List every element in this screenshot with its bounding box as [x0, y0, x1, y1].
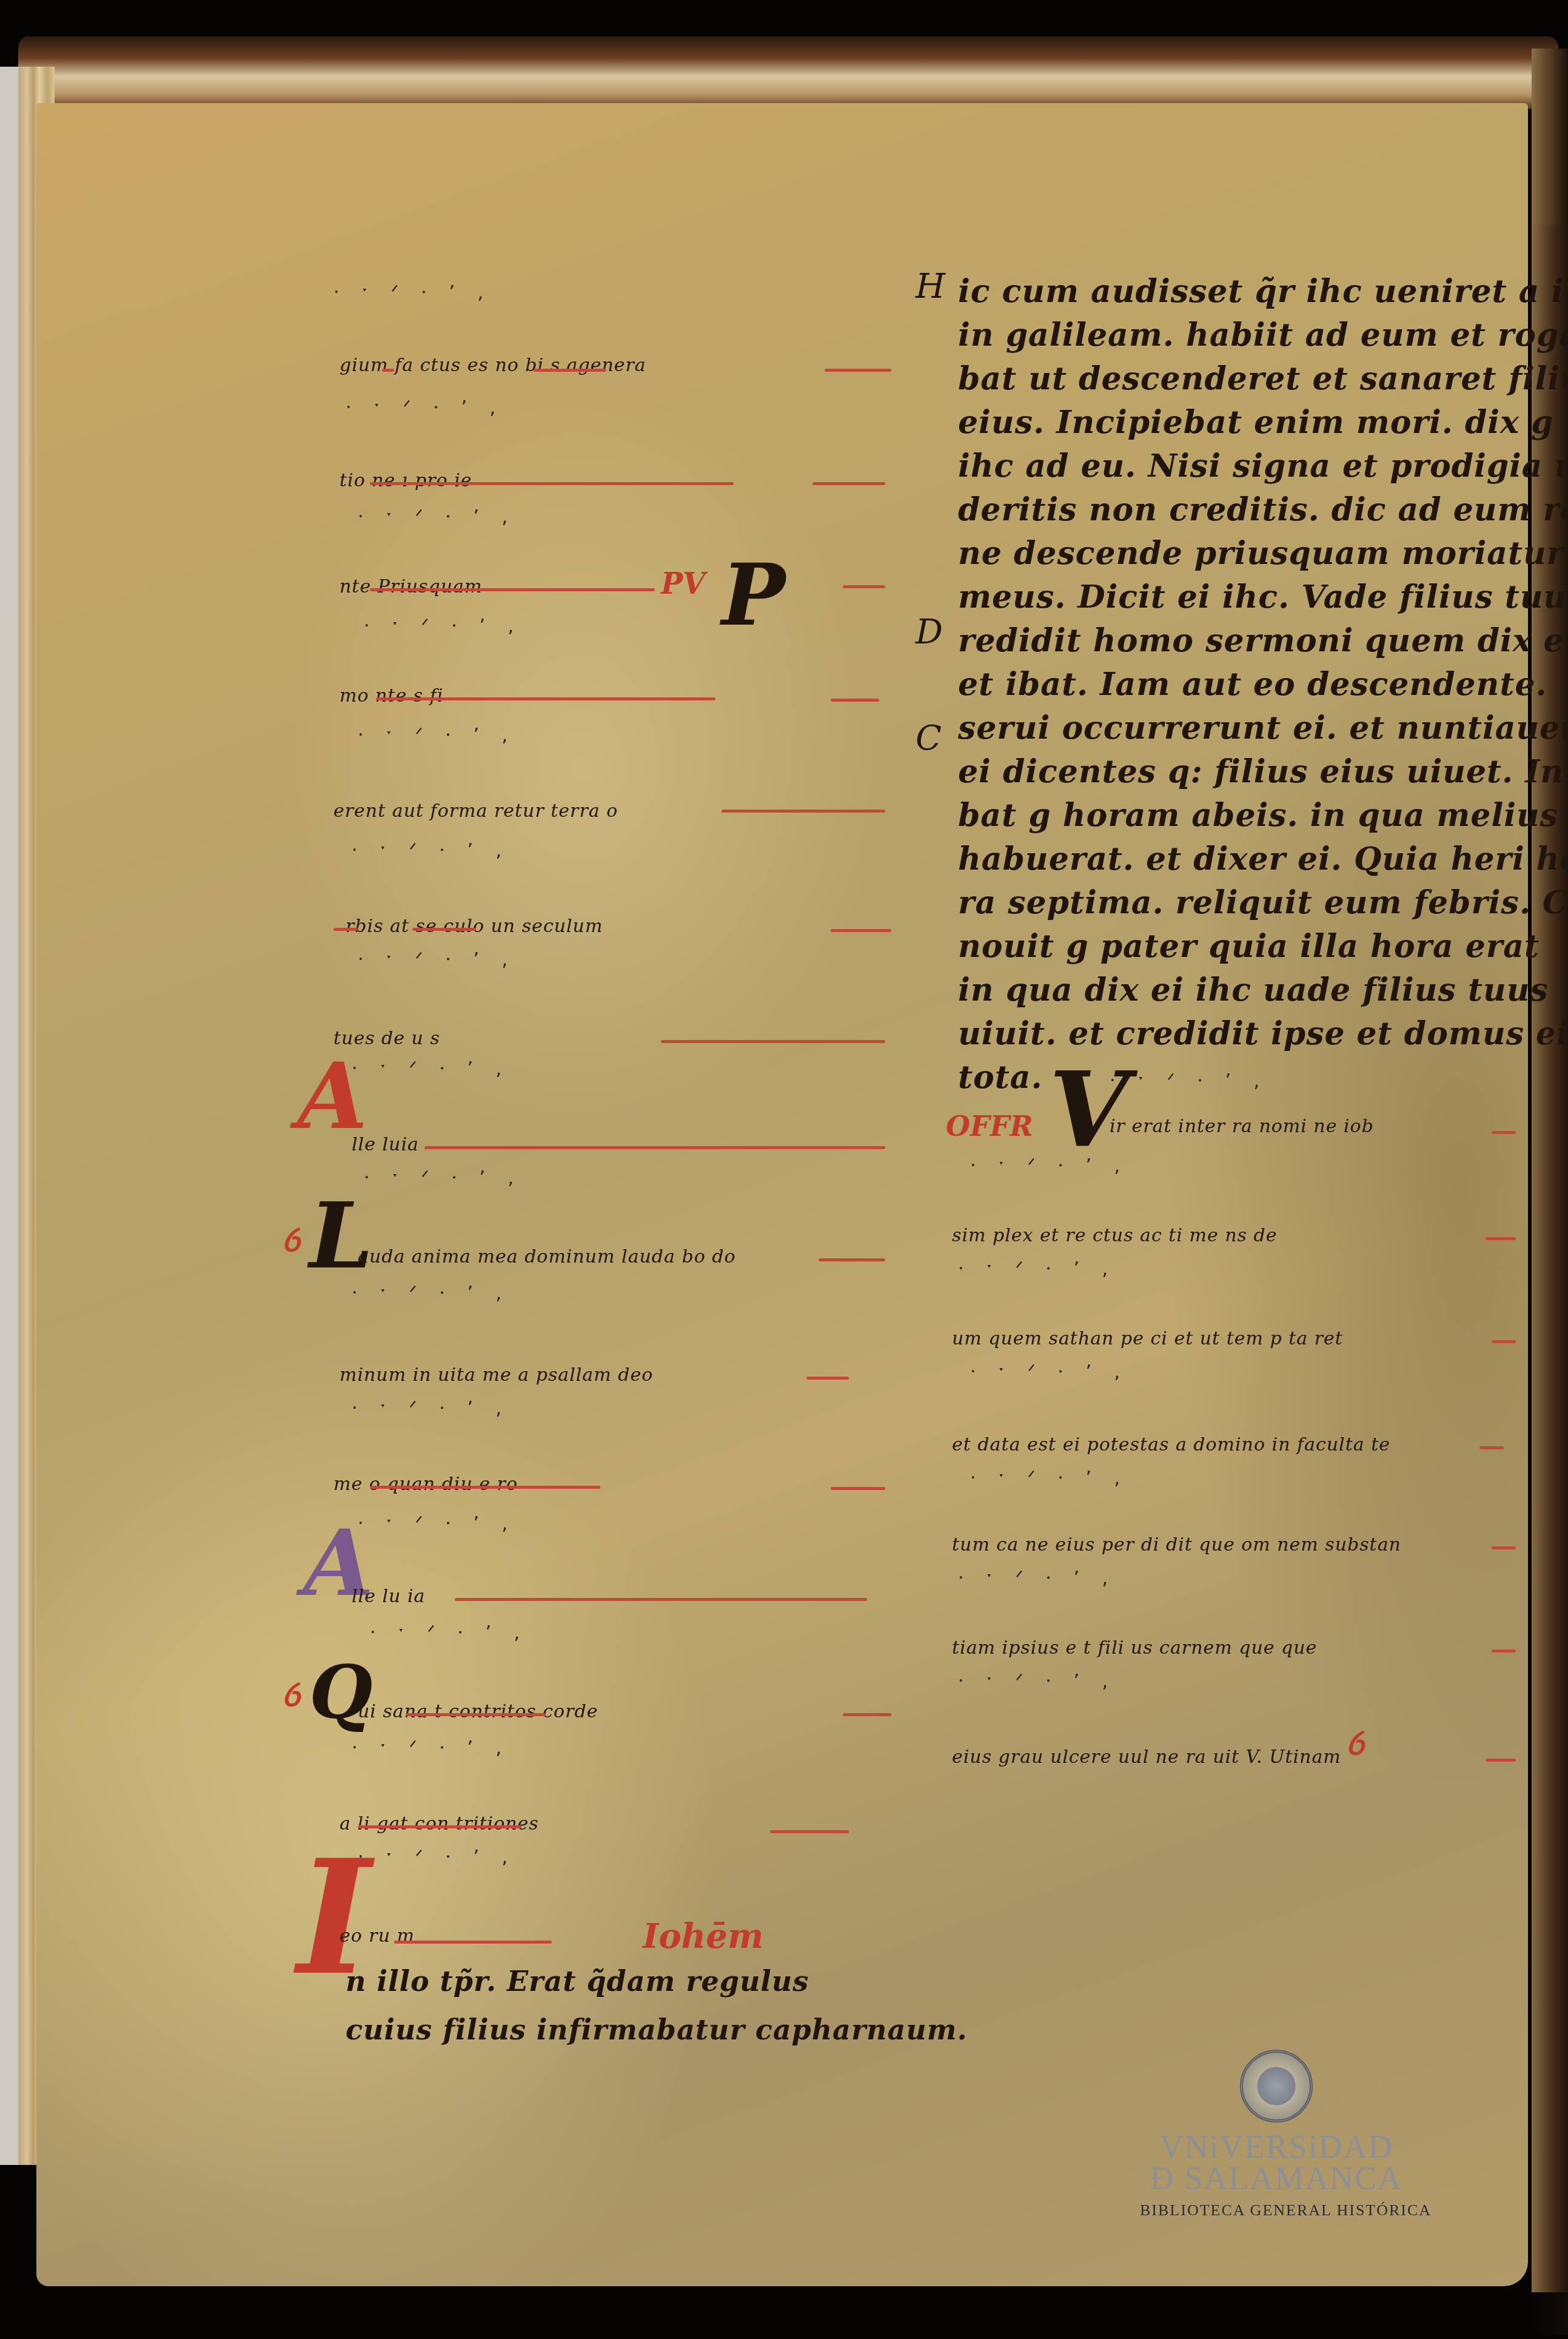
verse-mark: ỽ [282, 1219, 300, 1260]
neume-row: · ˑ ᐟ ⸱ ’ , [970, 1358, 1128, 1395]
red-rule [370, 1486, 600, 1489]
red-rule [382, 369, 394, 372]
red-rule [394, 1941, 552, 1944]
neume-row: · ˑ ᐟ ⸱ ’ , [370, 1619, 528, 1656]
prose-line: eius. Incipiebat enim mori. dix g [958, 404, 1553, 441]
chant-line: sim plex et re ctus ac ti me ns de [952, 1225, 1277, 1246]
red-rule [843, 585, 885, 588]
gospel-line: cuius filius infirmabatur capharnaum. [346, 2013, 968, 2046]
red-rule [843, 1713, 891, 1716]
verse-mark: ỽ [1346, 1722, 1364, 1763]
initial-p: P [722, 546, 785, 645]
neume-row: · ˑ ᐟ ⸱ ’ , [352, 837, 510, 873]
chant-line: nte Priusquam [340, 576, 482, 597]
prose-line: serui occurrerunt ei. et nuntiauer [958, 710, 1568, 747]
chant-line: tiam ipsius e t fili us carnem que que [952, 1637, 1317, 1659]
red-rule [1492, 1340, 1516, 1343]
neume-row: · ˑ ᐟ ⸱ ’ , [358, 1510, 516, 1546]
prose-line: habuerat. et dixer ei. Quia heri ho [958, 841, 1568, 878]
neume-row: · ˑ ᐟ ⸱ ’ , [358, 722, 516, 758]
red-rule [819, 1258, 885, 1261]
chant-line: eius grau ulcere uul ne ra uit V. Utinam [952, 1747, 1341, 1768]
prose-line: redidit homo sermoni quem dix ei ihc. [958, 622, 1568, 659]
chant-line: gium fa ctus es no bi s agenera [340, 355, 646, 376]
red-rule [370, 482, 734, 485]
prose-line: meus. Dicit ei ihc. Vade filius tuus uiu… [958, 579, 1568, 616]
marginal-letter-c: C [916, 719, 942, 758]
prose-line: ei dicentes q: filius eius uiuet. Interr… [958, 753, 1568, 790]
chant-line: me o quan diu e ro [333, 1474, 518, 1495]
red-rule [455, 1598, 867, 1601]
neume-row: · ˑ ᐟ ⸱ ’ , [364, 612, 522, 649]
rubric-pv: PV [661, 567, 705, 601]
neume-row: · ˑ ᐟ ⸱ ’ , [352, 1734, 510, 1771]
chant-line: minum in uita me a psallam deo [340, 1364, 653, 1386]
chant-line: tio ne ı pro ie [340, 470, 472, 491]
chant-line: ui sana t contritos corde [358, 1701, 598, 1722]
watermark-line-1: VNiVERSiDAD [1140, 2131, 1413, 2163]
chant-line: ir erat inter ra nomi ne iob [1110, 1116, 1374, 1137]
neume-row: · ˑ ᐟ ⸱ ’ , [358, 503, 516, 540]
red-rule [1492, 1546, 1516, 1549]
book-top-edge [18, 36, 1558, 109]
rubric-offertory: OFFR [946, 1110, 1033, 1143]
neume-row: · ˑ ᐟ ⸱ ’ , [346, 394, 504, 431]
neume-row: · ˑ ᐟ ⸱ ’ , [358, 1844, 516, 1880]
rubric-gospel-john: Iohēm [643, 1916, 763, 1956]
red-rule [770, 1830, 849, 1833]
red-rule [722, 810, 885, 813]
red-rule [831, 699, 879, 702]
watermark-line-2: Ð SALAMANCA [1140, 2163, 1413, 2194]
red-rule [370, 588, 655, 591]
red-rule [333, 928, 358, 931]
red-rule [1492, 1131, 1516, 1134]
red-rule [661, 1040, 885, 1043]
prose-line: ne descende priusquam moriatur filius [958, 535, 1568, 572]
neume-row: · ˑ ᐟ ⸱ ’ , [358, 946, 516, 982]
chant-line: tum ca ne eius per di dit que om nem sub… [952, 1534, 1401, 1555]
red-rule [806, 1377, 849, 1380]
red-rule [1492, 1649, 1516, 1653]
neume-row: · ˑ ᐟ ⸱ ’ , [352, 1395, 510, 1431]
chant-line: mo nte s fi [340, 685, 443, 706]
chant-line: auda anima mea dominum lauda bo do [358, 1246, 736, 1267]
neume-row: · ˑ ᐟ ⸱ ’ , [352, 1280, 510, 1316]
marginal-letter-h: H [916, 267, 945, 306]
neume-row: · ˑ ᐟ ⸱ ’ , [333, 279, 492, 315]
prose-line: et ibat. Iam aut eo descendente. [958, 666, 1547, 703]
chant-line: um quem sathan pe ci et ut tem p ta ret [952, 1328, 1343, 1349]
chant-line: et data est ei potestas a domino in facu… [952, 1434, 1390, 1455]
neume-row: · ˑ ᐟ ⸱ ’ , [970, 1465, 1128, 1501]
prose-line: ihc ad eu. Nisi signa et prodigia ui [958, 448, 1568, 485]
prose-line: in galileam. habiit ad eum et roga [958, 317, 1568, 354]
red-rule [424, 1146, 885, 1149]
red-rule [1486, 1759, 1516, 1762]
neume-row: · ˑ ᐟ ⸱ ’ , [958, 1565, 1116, 1601]
initial-l: L [309, 1183, 373, 1289]
prose-line: nouit g pater quia illa hora erat [958, 928, 1540, 965]
prose-line: deritis non creditis. dic ad eum regul [958, 491, 1568, 528]
prose-line: bat ut descenderet et sanaret filiu [958, 360, 1568, 397]
red-rule [812, 482, 885, 485]
red-rule [1479, 1446, 1504, 1449]
marginal-letter-d: D [916, 612, 943, 652]
prose-line: in qua dix ei ihc uade filius tuus [958, 972, 1549, 1008]
red-rule [831, 1487, 885, 1490]
neume-row: · ˑ ᐟ ⸱ ’ , [970, 1152, 1128, 1189]
university-seal-icon [1240, 2050, 1313, 2123]
prose-line: bat g horam abeis. in qua melius [958, 797, 1558, 834]
neume-row: · ˑ ᐟ ⸱ ’ , [958, 1255, 1116, 1292]
red-rule [831, 929, 891, 932]
red-rule [825, 369, 891, 372]
chant-line: erent aut forma retur terra o [333, 800, 618, 822]
neume-row: · ˑ ᐟ ⸱ ’ , [958, 1668, 1116, 1704]
chant-line: rbis at se culo un seculum [346, 916, 603, 937]
prose-line: ra septima. reliquit eum febris. Cog [958, 884, 1568, 921]
red-rule [376, 697, 715, 700]
neume-row: · ˑ ᐟ ⸱ ’ , [352, 1055, 510, 1092]
red-rule [1486, 1237, 1516, 1240]
red-rule [358, 1825, 521, 1828]
chant-line: lle lu ia [352, 1586, 425, 1607]
neume-row: · ˑ ᐟ ⸱ ’ , [1110, 1067, 1268, 1104]
red-rule [406, 1713, 546, 1716]
watermark-line-3: BIBLIOTECA GENERAL HISTÓRICA [1140, 2201, 1413, 2220]
gospel-line: n illo tp̃r. Erat q̃dam regulus [346, 1965, 809, 1998]
prose-line: uiuit. et credidit ipse et domus eius [958, 1015, 1568, 1052]
library-watermark: VNiVERSiDAD Ð SALAMANCA BIBLIOTECA GENER… [1140, 2050, 1413, 2220]
prose-line: ic cum audisset q̃r ihc ueniret a iudea [958, 273, 1568, 310]
red-rule [534, 369, 606, 372]
neume-row: · ˑ ᐟ ⸱ ’ , [364, 1164, 522, 1201]
verse-mark: ỽ [282, 1674, 300, 1715]
chant-line: lle luia [352, 1134, 419, 1155]
red-rule [412, 928, 476, 931]
prose-line: tota. [958, 1059, 1043, 1096]
